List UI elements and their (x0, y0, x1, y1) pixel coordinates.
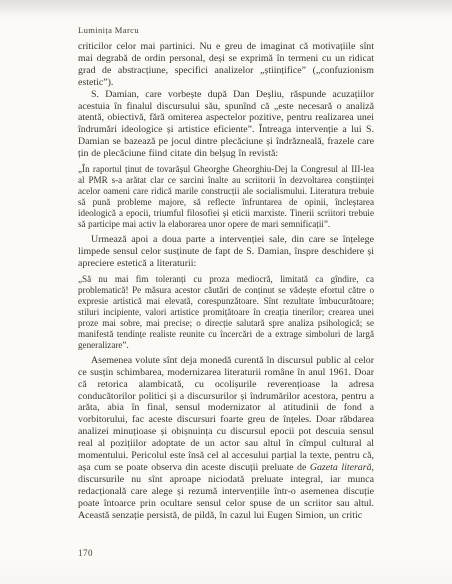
paragraph: Asemenea volute sînt deja monedă curentă… (78, 355, 374, 522)
paragraph: Urmează apoi a doua parte a intervenției… (78, 234, 374, 270)
book-page: Luminița Marcu criticilor celor mai part… (0, 0, 452, 584)
blockquote: „Să nu mai fim toleranți cu proza medioc… (78, 274, 374, 351)
journal-title-italic: Gazeta literară (310, 462, 372, 473)
page-number: 170 (78, 548, 93, 558)
paragraph-continuation: criticilor celor mai partinici. Nu e gre… (78, 41, 374, 89)
blockquote: „În raportul ținut de tovarășul Gheorghe… (78, 164, 374, 230)
running-header: Luminița Marcu (78, 25, 139, 35)
paragraph-text-segment: Asemenea volute sînt deja monedă curentă… (78, 355, 374, 473)
paragraph: S. Damian, care vorbește după Dan Deșliu… (78, 89, 374, 160)
body-text: criticilor celor mai partinici. Nu e gre… (78, 41, 374, 521)
scan-shading (0, 0, 452, 16)
